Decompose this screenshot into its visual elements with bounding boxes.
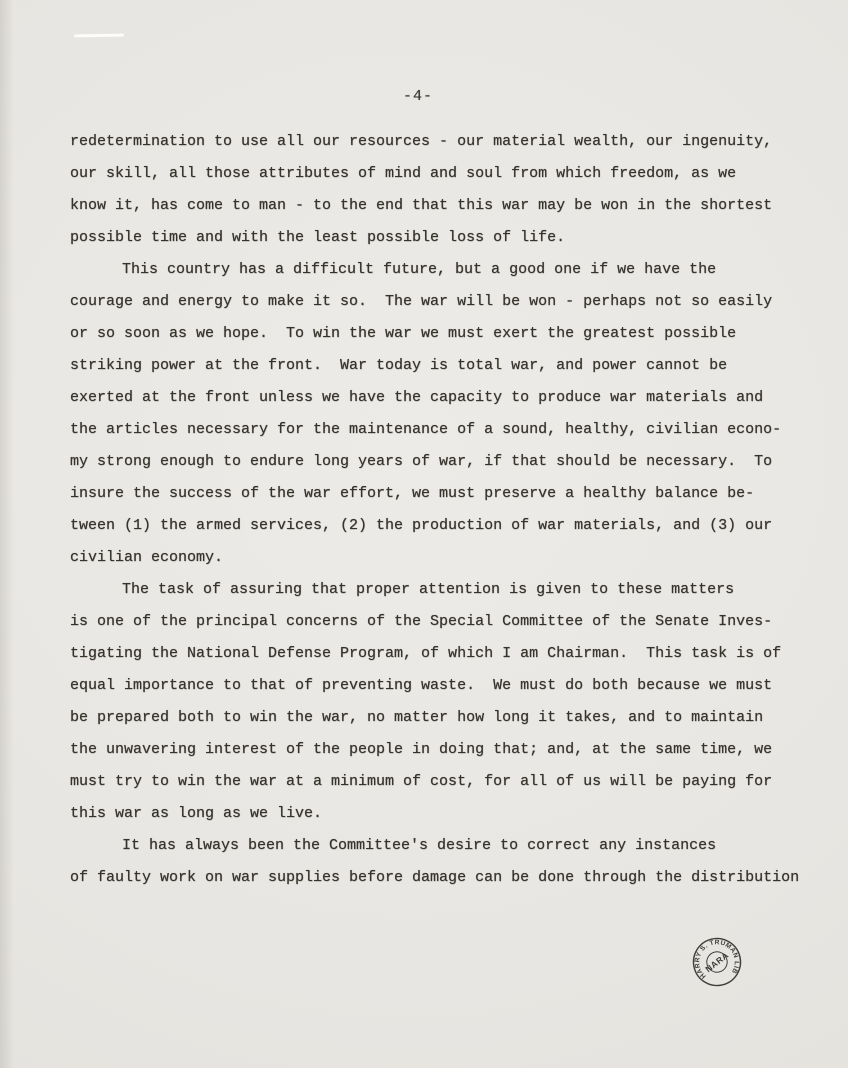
text-line: be prepared both to win the war, no matt… bbox=[70, 702, 810, 734]
text-line: tigating the National Defense Program, o… bbox=[70, 638, 810, 670]
text-line: This country has a difficult future, but… bbox=[70, 254, 810, 286]
text-line: this war as long as we live. bbox=[70, 798, 810, 830]
paragraph: It has always been the Committee's desir… bbox=[70, 830, 810, 894]
text-line: courage and energy to make it so. The wa… bbox=[70, 286, 810, 318]
text-line: is one of the principal concerns of the … bbox=[70, 606, 810, 638]
text-line: our skill, all those attributes of mind … bbox=[70, 158, 810, 190]
text-line: my strong enough to endure long years of… bbox=[70, 446, 810, 478]
text-line: of faulty work on war supplies before da… bbox=[70, 862, 810, 894]
text-line: redetermination to use all our resources… bbox=[70, 126, 810, 158]
text-line: the articles necessary for the maintenan… bbox=[70, 414, 810, 446]
paragraph: redetermination to use all our resources… bbox=[70, 126, 810, 254]
stamp-center-text: NARA bbox=[703, 950, 730, 974]
scan-edge-shadow bbox=[0, 0, 14, 1068]
text-line: the unwavering interest of the people in… bbox=[70, 734, 810, 766]
text-line: must try to win the war at a minimum of … bbox=[70, 766, 810, 798]
paragraph: The task of assuring that proper attenti… bbox=[70, 574, 810, 830]
document-page: { "document": { "page_number": "-4-", "p… bbox=[0, 0, 848, 1068]
text-line: civilian economy. bbox=[70, 542, 810, 574]
document-text: redetermination to use all our resources… bbox=[70, 126, 810, 894]
text-line: insure the success of the war effort, we… bbox=[70, 478, 810, 510]
truman-library-stamp: HARRY S. TRUMAN LIBRARY NARA bbox=[686, 931, 748, 993]
text-line: or so soon as we hope. To win the war we… bbox=[70, 318, 810, 350]
page-number: -4- bbox=[0, 88, 836, 105]
text-line: equal importance to that of preventing w… bbox=[70, 670, 810, 702]
text-line: The task of assuring that proper attenti… bbox=[70, 574, 810, 606]
scan-scratch-mark bbox=[74, 34, 124, 38]
text-line: know it, has come to man - to the end th… bbox=[70, 190, 810, 222]
text-line: striking power at the front. War today i… bbox=[70, 350, 810, 382]
text-line: It has always been the Committee's desir… bbox=[70, 830, 810, 862]
text-line: exerted at the front unless we have the … bbox=[70, 382, 810, 414]
stamp-graphic: HARRY S. TRUMAN LIBRARY NARA bbox=[686, 931, 748, 993]
text-line: possible time and with the least possibl… bbox=[70, 222, 810, 254]
paragraph: This country has a difficult future, but… bbox=[70, 254, 810, 574]
text-line: tween (1) the armed services, (2) the pr… bbox=[70, 510, 810, 542]
